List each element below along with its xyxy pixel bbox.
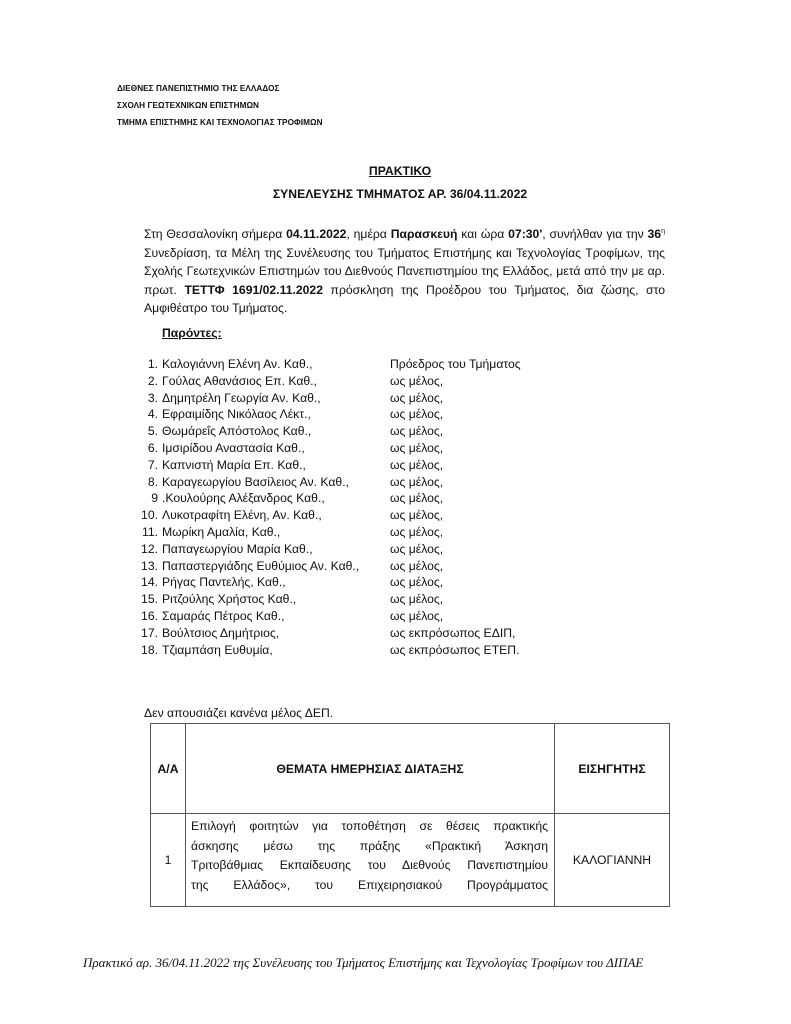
member-role: ως μέλος, — [390, 542, 443, 556]
header-rapporteur: ΕΙΣΗΓΗΤΗΣ — [555, 724, 670, 814]
school-name: ΣΧΟΛΗ ΓΕΩΤΕΧΝΙΚΩΝ ΕΠΙΣΤΗΜΩΝ — [117, 101, 259, 110]
page-footer: Πρακτικό αρ. 36/04.11.2022 της Συνέλευση… — [83, 955, 723, 971]
member-number: 14. — [141, 575, 158, 589]
member-name: Καπνιστή Μαρία Επ. Καθ., — [162, 458, 306, 472]
topic-line: της Ελλάδος», του Επιχειρησιακού Προγράμ… — [191, 876, 548, 896]
member-role: ως μέλος, — [390, 508, 443, 522]
member-number: 6. — [141, 441, 158, 455]
document-title: ΠΡΑΚΤΙΚΟ — [0, 164, 791, 178]
meeting-day: Παρασκευή — [391, 227, 458, 241]
topic-line: άσκησης μέσω της πράξης «Πρακτική Άσκηση — [191, 837, 548, 857]
member-name: Σαμαράς Πέτρος Καθ., — [162, 609, 284, 623]
member-name: Καραγεωργίου Βασίλειος Αν. Καθ., — [162, 475, 349, 489]
member-number: 2. — [141, 374, 158, 388]
member-role: ως μέλος, — [390, 424, 443, 438]
member-number: 13. — [141, 559, 158, 573]
member-name: Μωρίκη Αμαλία, Καθ., — [162, 525, 280, 539]
university-name: ΔΙΕΘΝΕΣ ΠΑΝΕΠΙΣΤΗΜΙΟ ΤΗΣ ΕΛΛΑΔΟΣ — [117, 84, 279, 93]
member-name: .Κουλούρης Αλέξανδρος Καθ., — [162, 491, 325, 505]
agenda-header-row: Α/Α ΘΕΜΑΤΑ ΗΜΕΡΗΣΙΑΣ ΔΙΑΤΑΞΗΣ ΕΙΣΗΓΗΤΗΣ — [151, 724, 670, 814]
member-role: ως μέλος, — [390, 391, 443, 405]
session-number: 36 — [648, 227, 662, 241]
member-role: ως μέλος, — [390, 441, 443, 455]
header-topics: ΘΕΜΑΤΑ ΗΜΕΡΗΣΙΑΣ ΔΙΑΤΑΞΗΣ — [186, 724, 555, 814]
member-number: 18. — [141, 643, 158, 657]
header-number: Α/Α — [151, 724, 186, 814]
meeting-time: 07:30' — [508, 227, 542, 241]
member-number: 5. — [141, 424, 158, 438]
member-role: ως μέλος, — [390, 374, 443, 388]
member-role: ως μέλος, — [390, 592, 443, 606]
member-role: ως μέλος, — [390, 491, 443, 505]
department-name: ΤΜΗΜΑ ΕΠΙΣΤΗΜΗΣ ΚΑΙ ΤΕΧΝΟΛΟΓΙΑΣ ΤΡΟΦΙΜΩΝ — [117, 118, 323, 127]
topic-line: Επιλογή φοιτητών για τοποθέτηση σε θέσει… — [191, 817, 548, 837]
member-name: Καλογιάννη Ελένη Αν. Καθ., — [162, 357, 313, 371]
agenda-item-topic: Επιλογή φοιτητών για τοποθέτηση σε θέσει… — [186, 814, 555, 907]
member-name: Λυκοτραφίτη Ελένη, Αν. Καθ., — [162, 508, 322, 522]
member-number: 4. — [141, 407, 158, 421]
member-role: ως μέλος, — [390, 609, 443, 623]
member-name: Θωμάρεΐς Απόστολος Καθ., — [162, 424, 311, 438]
intro-paragraph: Στη Θεσσαλονίκη σήμερα 04.11.2022, ημέρα… — [144, 223, 665, 318]
member-number: 15. — [141, 592, 158, 606]
absent-note: Δεν απουσιάζει κανένα μέλος ΔΕΠ. — [144, 706, 333, 720]
document-subtitle: ΣΥΝΕΛΕΥΣΗΣ ΤΜΗΜΑΤΟΣ ΑΡ. 36/04.11.2022 — [0, 187, 791, 201]
member-role: ως μέλος, — [390, 407, 443, 421]
agenda-row: 1Επιλογή φοιτητών για τοποθέτηση σε θέσε… — [151, 814, 670, 907]
agenda-item-rapporteur: ΚΑΛΟΓΙΑΝΝΗ — [555, 814, 670, 907]
member-number: 1. — [141, 357, 158, 371]
member-number: 3. — [141, 391, 158, 405]
member-name: Δημητρέλη Γεωργία Αν. Καθ., — [162, 391, 321, 405]
member-name: Ρήγας Παντελής, Καθ., — [162, 575, 286, 589]
member-number: 12. — [141, 542, 158, 556]
present-heading: Παρόντες: — [162, 326, 222, 340]
member-name: Ριτζούλης Χρήστος Καθ., — [162, 592, 296, 606]
member-role: ως μέλος, — [390, 559, 443, 573]
member-name: Παπαστεργιάδης Ευθύμιος Αν. Καθ., — [162, 559, 359, 573]
member-role: ως εκπρόσωπος ΕΔΙΠ, — [390, 626, 515, 640]
member-number: 10. — [141, 508, 158, 522]
member-name: Βούλτσιος Δημήτριος, — [162, 626, 279, 640]
member-role: Πρόεδρος του Τμήματος — [390, 357, 521, 371]
member-role: ως μέλος, — [390, 458, 443, 472]
member-role: ως μέλος, — [390, 475, 443, 489]
meeting-date: 04.11.2022 — [286, 227, 346, 241]
member-name: Γούλας Αθανάσιος Επ. Καθ., — [162, 374, 317, 388]
protocol-number: ΤΕΤΤΦ 1691/02.11.2022 — [184, 283, 323, 297]
member-name: Τζιαμπάση Ευθυμία, — [162, 643, 273, 657]
topic-line: Τριτοβάθμιας Εκπαίδευσης του Διεθνούς Πα… — [191, 856, 548, 876]
agenda-table: Α/Α ΘΕΜΑΤΑ ΗΜΕΡΗΣΙΑΣ ΔΙΑΤΑΞΗΣ ΕΙΣΗΓΗΤΗΣ … — [150, 723, 670, 907]
member-role: ως μέλος, — [390, 525, 443, 539]
member-role: ως εκπρόσωπος ΕΤΕΠ. — [390, 643, 519, 657]
agenda-item-number: 1 — [151, 814, 186, 907]
member-number: 17. — [141, 626, 158, 640]
member-number: 9 — [141, 491, 158, 505]
member-role: ως μέλος, — [390, 575, 443, 589]
member-name: Παπαγεωργίου Μαρία Καθ., — [162, 542, 313, 556]
member-number: 16. — [141, 609, 158, 623]
member-name: Εφραιμίδης Νικόλαος Λέκτ., — [162, 407, 311, 421]
member-number: 11. — [141, 525, 158, 539]
member-number: 7. — [141, 458, 158, 472]
member-name: Ιμσιρίδου Αναστασία Καθ., — [162, 441, 305, 455]
member-number: 8. — [141, 475, 158, 489]
